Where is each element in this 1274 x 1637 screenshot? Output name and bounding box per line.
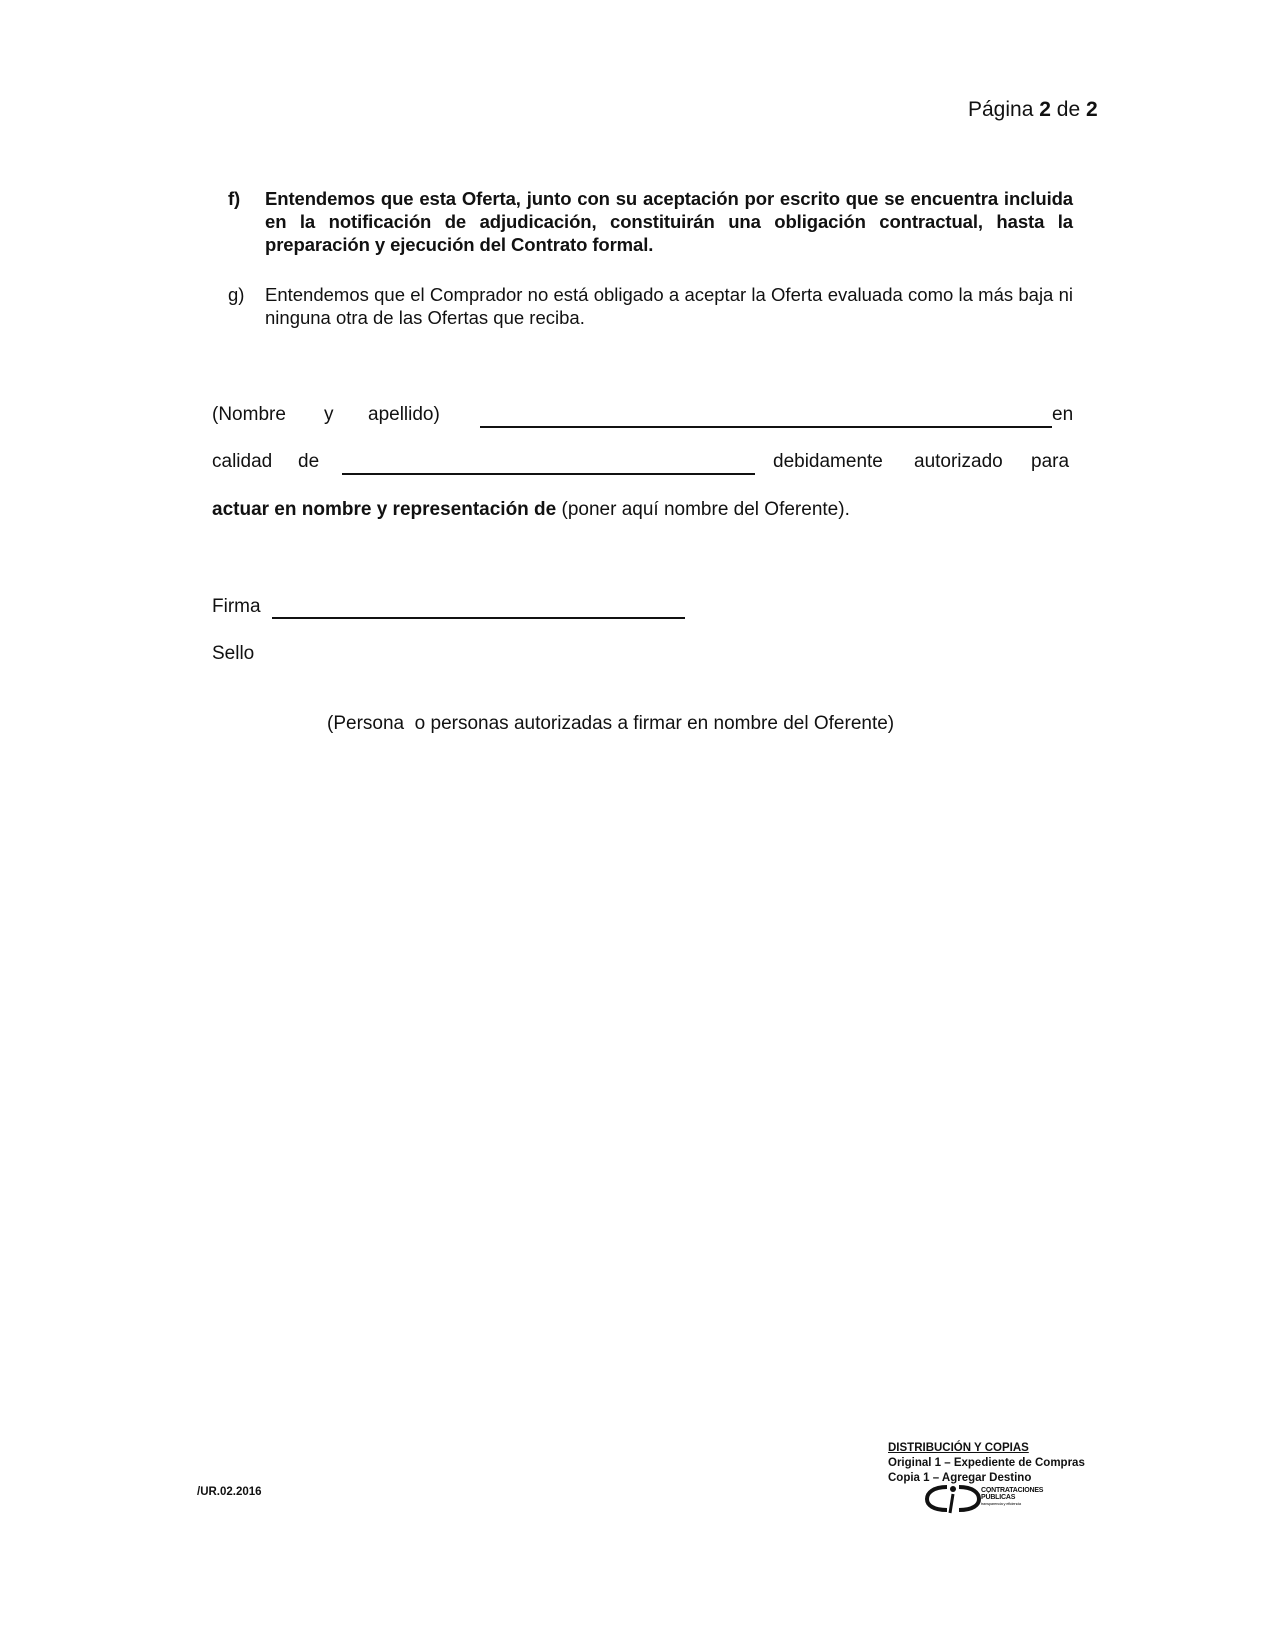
capacity-suffix: autorizado — [914, 451, 1003, 473]
seal-label: Sello — [212, 643, 254, 665]
name-suffix: en — [1052, 404, 1073, 426]
page-current: 2 — [1039, 98, 1051, 121]
distribution-title: DISTRIBUCIÓN Y COPIAS — [888, 1441, 1085, 1456]
signature-row: Firma — [212, 596, 1072, 622]
name-field[interactable] — [480, 426, 1052, 428]
clause-label: f) — [228, 187, 240, 210]
capacity-field[interactable] — [342, 473, 755, 475]
page-number: Página 2 de 2 — [968, 98, 1098, 122]
capacity-suffix: para — [1031, 451, 1069, 473]
representation-text: actuar en nombre y representación de (po… — [212, 499, 850, 521]
clause-text: Entendemos que el Comprador no está obli… — [265, 283, 1073, 329]
representation-placeholder: (poner aquí nombre del Oferente). — [562, 499, 850, 520]
page-prefix: Página — [968, 98, 1033, 121]
name-label: (Nombre — [212, 404, 286, 426]
distribution-line: Original 1 – Expediente de Compras — [888, 1456, 1085, 1471]
logo-line: CONTRATACIONES — [981, 1487, 1043, 1494]
capacity-suffix: debidamente — [773, 451, 883, 473]
logo-text: CONTRATACIONES PÚBLICAS transparencia y … — [981, 1487, 1043, 1507]
logo-icon — [925, 1483, 981, 1515]
contrataciones-publicas-logo: CONTRATACIONES PÚBLICAS transparencia y … — [925, 1483, 1065, 1515]
name-row: (Nombre y apellido) en — [212, 404, 1072, 430]
authorized-note: (Persona o personas autorizadas a firmar… — [327, 713, 894, 735]
signature-label: Firma — [212, 596, 261, 618]
name-label: y — [324, 404, 334, 426]
page-total: 2 — [1086, 98, 1098, 121]
representation-row: actuar en nombre y representación de (po… — [212, 499, 1072, 525]
clause-g: g) Entendemos que el Comprador no está o… — [228, 283, 1073, 329]
seal-row: Sello — [212, 643, 1072, 669]
logo-tagline: transparencia y eficiencia — [981, 1501, 1043, 1507]
distribution-block: DISTRIBUCIÓN Y COPIAS Original 1 – Exped… — [888, 1441, 1085, 1486]
logo-line: PÚBLICAS — [981, 1494, 1043, 1501]
clause-text: Entendemos que esta Oferta, junto con su… — [265, 187, 1073, 256]
document-reference: /UR.02.2016 — [197, 1486, 262, 1498]
capacity-label: de — [298, 451, 319, 473]
clause-label: g) — [228, 283, 244, 306]
signature-field[interactable] — [272, 617, 685, 619]
representation-bold: actuar en nombre y representación de — [212, 499, 556, 520]
name-label: apellido) — [368, 404, 440, 426]
capacity-row: calidad de debidamente autorizado para — [212, 451, 1072, 477]
clause-f: f) Entendemos que esta Oferta, junto con… — [228, 187, 1073, 256]
capacity-label: calidad — [212, 451, 272, 473]
page-sep: de — [1057, 98, 1080, 121]
